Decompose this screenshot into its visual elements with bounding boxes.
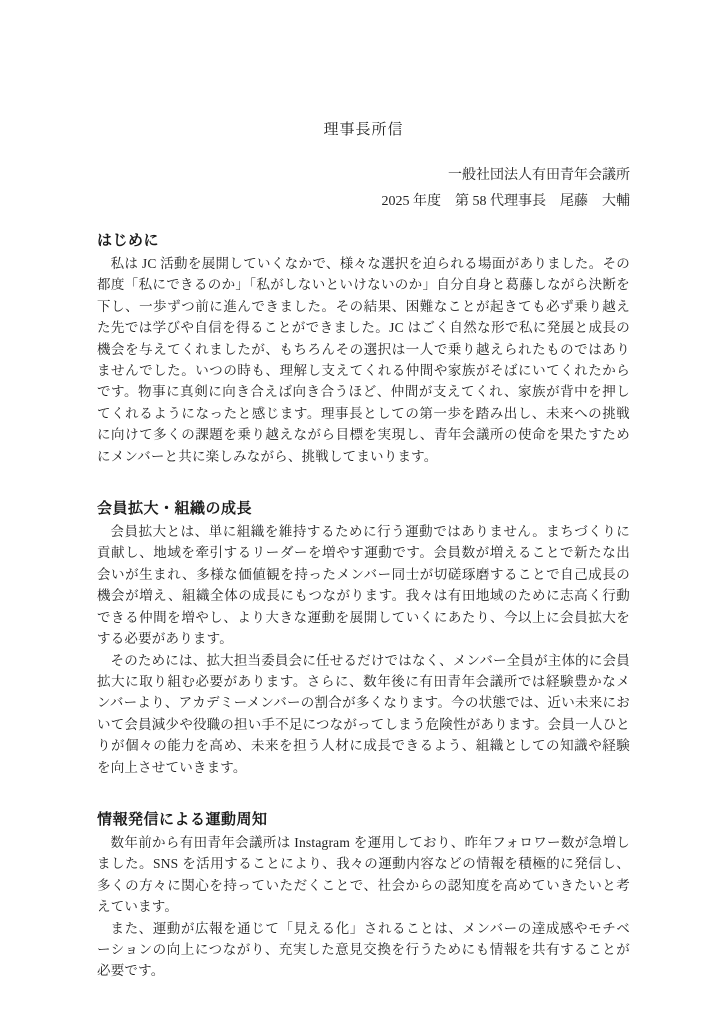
paragraph: また、運動が広報を通じて「見える化」されることは、メンバーの達成感やモチベーショ…: [97, 918, 630, 982]
section-kaiin-kakudai: 会員拡大・組織の成長 会員拡大とは、単に組織を維持するために行う運動ではありませ…: [97, 497, 630, 778]
document-page: 理事長所信 一般社団法人有田青年会議所 2025 年度 第 58 代理事長 尾藤…: [0, 0, 724, 1024]
page-title: 理事長所信: [97, 119, 630, 141]
paragraph: 会員拡大とは、単に組織を維持するために行う運動ではありません。まちづくりに貢献し…: [97, 521, 630, 649]
byline-block: 一般社団法人有田青年会議所 2025 年度 第 58 代理事長 尾藤 大輔: [97, 163, 630, 215]
paragraph: そのためには、拡大担当委員会に任せるだけではなく、メンバー全員が主体的に会員拡大…: [97, 650, 630, 778]
section-heading: 会員拡大・組織の成長: [97, 497, 630, 521]
author-line: 2025 年度 第 58 代理事長 尾藤 大輔: [97, 189, 630, 215]
paragraph: 私は JC 活動を展開していくなかで、様々な選択を迫られる場面がありました。その…: [97, 253, 630, 467]
section-heading: はじめに: [97, 229, 630, 253]
section-joho-hasshin: 情報発信による運動周知 数年前から有田青年会議所は Instagram を運用し…: [97, 808, 630, 982]
organization-name: 一般社団法人有田青年会議所: [97, 163, 630, 189]
paragraph: 数年前から有田青年会議所は Instagram を運用しており、昨年フォロワー数…: [97, 832, 630, 918]
section-hajimeni: はじめに 私は JC 活動を展開していくなかで、様々な選択を迫られる場面がありま…: [97, 229, 630, 467]
section-heading: 情報発信による運動周知: [97, 808, 630, 832]
